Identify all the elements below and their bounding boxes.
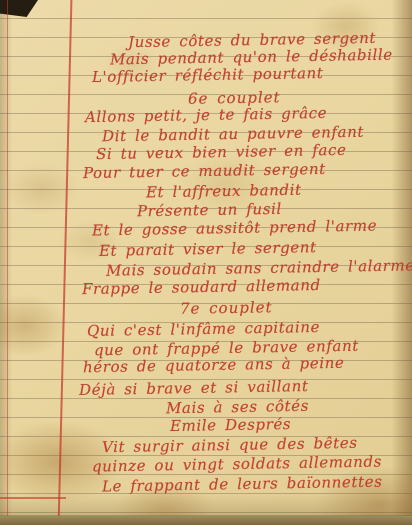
- handwriting-line: Frappe le soudard allemand: [82, 278, 321, 297]
- handwriting-line: Et l'affreux bandit: [146, 183, 302, 201]
- handwriting-line: Emile Després: [170, 417, 291, 434]
- handwriting-line: Vit surgir ainsi que des bêtes: [102, 436, 358, 455]
- handwriting-line: Présente un fusil: [137, 202, 282, 220]
- handwriting-line: Déjà si brave et si vaillant: [79, 379, 309, 398]
- handwriting-line: héros de quatorze ans à peine: [83, 356, 345, 376]
- handwriting-line: Mais à ses côtés: [166, 399, 309, 416]
- manuscript-photo: Jusse côtes du brave sergent Mais pendan…: [0, 0, 412, 525]
- page-bottom-edge: [0, 516, 412, 525]
- handwriting-line: Et parait viser le sergent: [99, 240, 317, 259]
- couplet-heading: 7e couplet: [180, 300, 273, 317]
- handwriting-line: L'officier réfléchit pourtant: [92, 66, 324, 85]
- handwriting-line: Pour tuer ce maudit sergent: [83, 162, 326, 181]
- left-edge-red-line: [7, 0, 8, 525]
- footer-rule-left: [0, 497, 66, 499]
- handwriting-line: Qui c'est l'infâme capitaine: [87, 320, 320, 339]
- handwriting-line: Allons petit, je te fais grâce: [85, 106, 327, 125]
